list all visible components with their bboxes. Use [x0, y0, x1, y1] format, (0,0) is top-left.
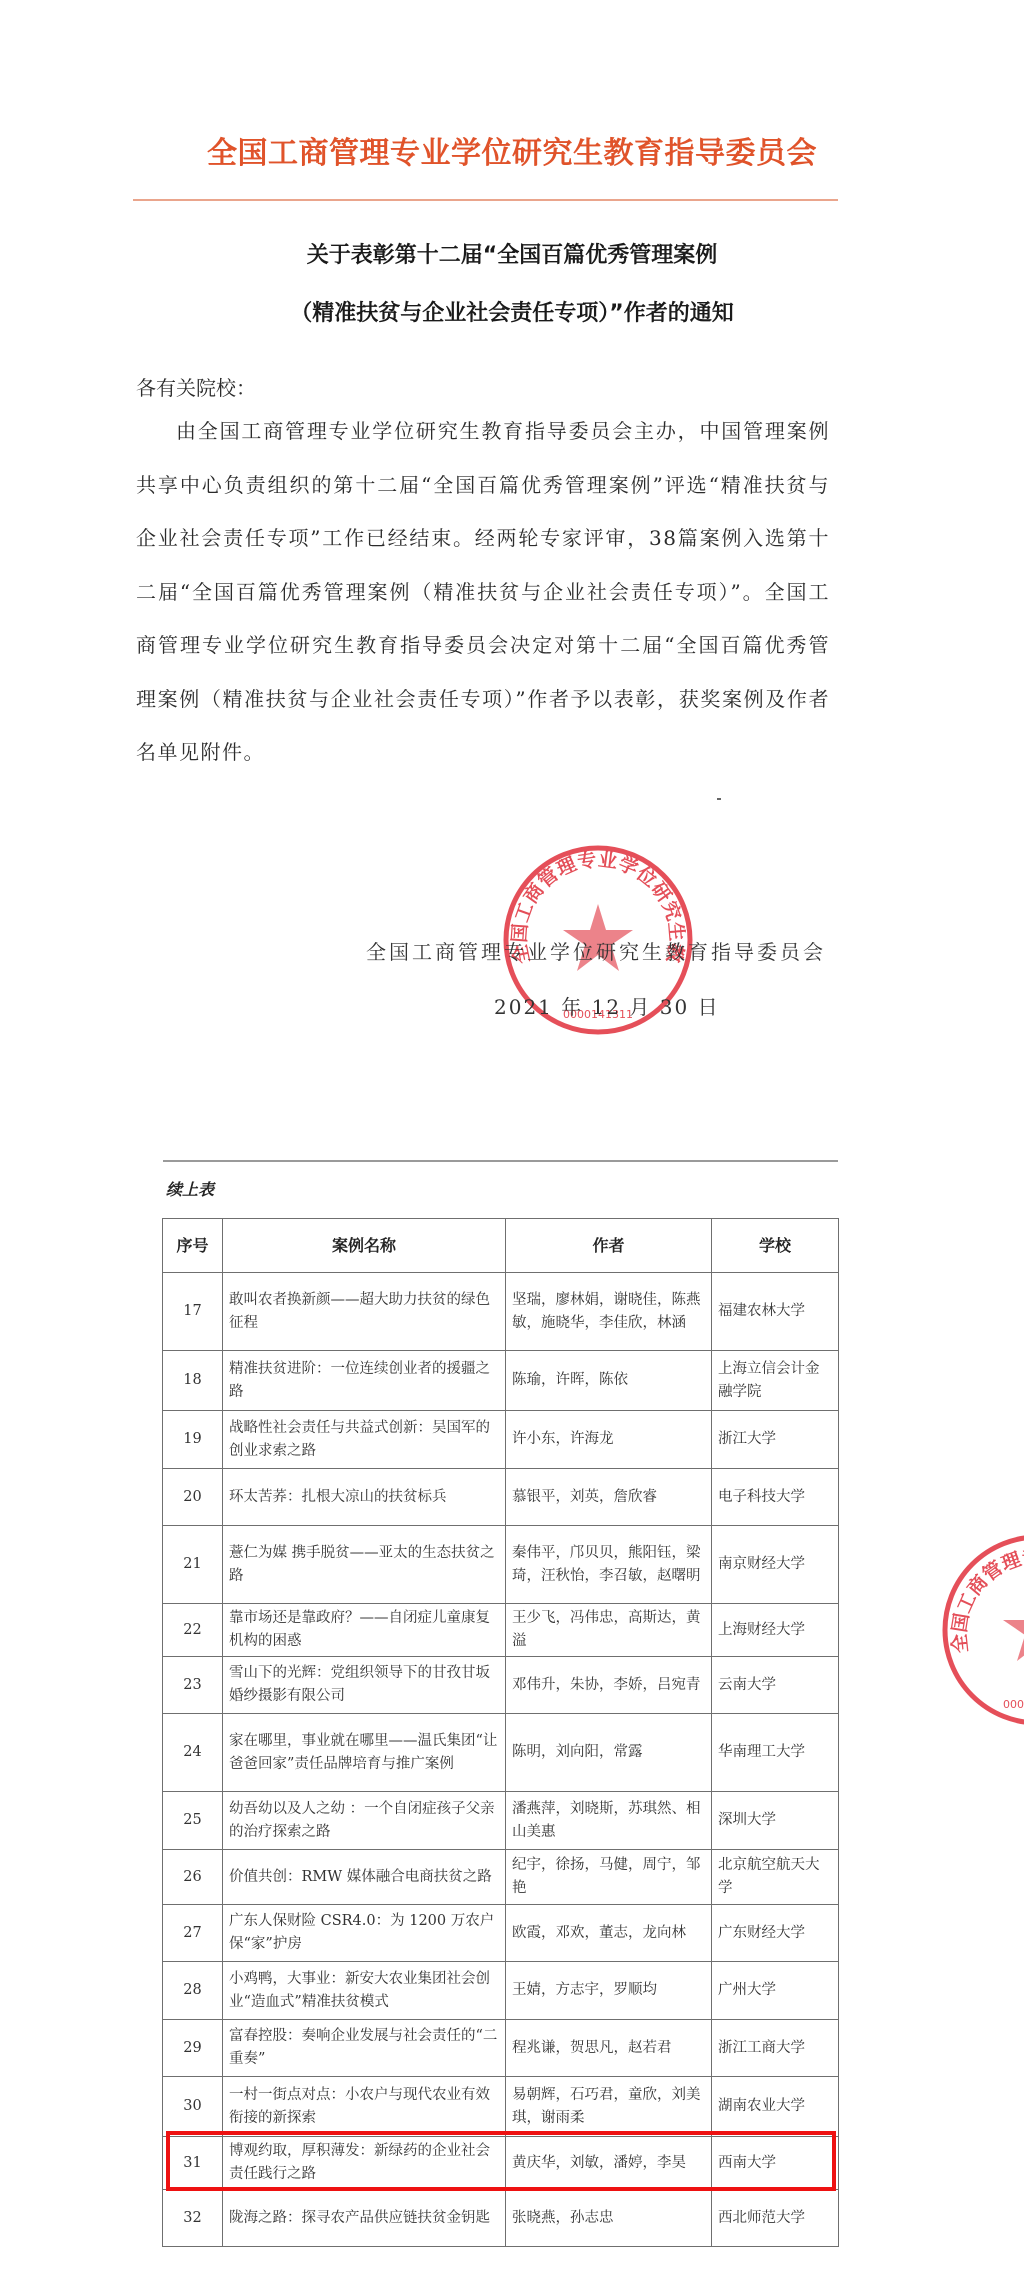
- row-number: 24: [163, 1714, 223, 1792]
- column-header-case-name: 案例名称: [223, 1219, 506, 1273]
- case-name: 环太苦荞：扎根大凉山的扶贫标兵: [223, 1469, 506, 1526]
- notice-title-line-2: （精准扶贫与企业社会责任专项）”作者的通知: [0, 296, 1024, 327]
- authors: 陈明，刘向阳，常露: [506, 1714, 712, 1792]
- case-name: 雪山下的光辉：党组织领导下的甘孜甘坂婚纱摄影有限公司: [223, 1657, 506, 1714]
- school: 西北师范大学: [712, 2190, 839, 2247]
- authors: 坚瑞，廖林娟，谢晓佳，陈燕敏，施晓华，李佳欣，林涵: [506, 1273, 712, 1351]
- table-row: 21 薏仁为媒 携手脱贫——亚太的生态扶贫之路 秦伟平，邝贝贝，熊阳钰，梁琦，汪…: [163, 1526, 839, 1604]
- case-name: 价值共创：RMW 媒体融合电商扶贫之路: [223, 1850, 506, 1905]
- case-name: 敢叫农者换新颜——超大助力扶贫的绿色征程: [223, 1273, 506, 1351]
- row-number: 27: [163, 1905, 223, 1962]
- row-number: 30: [163, 2077, 223, 2137]
- signature-date: 2021 年 12 月 30 日: [494, 991, 720, 1020]
- row-number: 21: [163, 1526, 223, 1604]
- letterhead-organization: 全国工商管理专业学位研究生教育指导委员会: [0, 128, 1024, 172]
- table-row: 19 战略性社会责任与共益式创新：吴国军的创业求索之路 许小东，许海龙 浙江大学: [163, 1411, 839, 1469]
- table-row: 18 精准扶贫进阶：一位连续创业者的援疆之路 陈瑜，许晖，陈依 上海立信会计金融…: [163, 1351, 839, 1411]
- table-row: 30 一村一街点对点：小农户与现代农业有效衔接的新探索 易朝辉，石巧君，童欣，刘…: [163, 2077, 839, 2137]
- school: 浙江大学: [712, 1411, 839, 1469]
- page-header-rule: [163, 1160, 838, 1162]
- authors: 秦伟平，邝贝贝，熊阳钰，梁琦，汪秋怡，李召敏，赵曙明: [506, 1526, 712, 1604]
- partial-seal-icon: 全国工商管理专业学位研究生教育指导委员会 0000141311: [938, 1530, 1024, 1730]
- case-name: 富春控股：奏响企业发展与社会责任的“二重奏”: [223, 2020, 506, 2077]
- row-number: 29: [163, 2020, 223, 2077]
- signature-organization: 全国工商管理专业学位研究生教育指导委员会: [366, 936, 826, 965]
- table-row: 25 幼吾幼以及人之幼 ：一个自闭症孩子父亲的治疗探索之路 潘燕萍，刘晓斯，苏琪…: [163, 1792, 839, 1850]
- row-number: 26: [163, 1850, 223, 1905]
- case-name: 一村一街点对点：小农户与现代农业有效衔接的新探索: [223, 2077, 506, 2137]
- notice-body: 由全国工商管理专业学位研究生教育指导委员会主办，中国管理案例共享中心负责组织的第…: [136, 405, 830, 780]
- award-table: 序号 案例名称 作者 学校 17 敢叫农者换新颜——超大助力扶贫的绿色征程 坚瑞…: [162, 1218, 839, 2247]
- authors: 张晓燕，孙志忠: [506, 2190, 712, 2247]
- notice-title-line-1: 关于表彰第十二届“全国百篇优秀管理案例: [0, 238, 1024, 269]
- column-header-number: 序号: [163, 1219, 223, 1273]
- authors: 陈瑜，许晖，陈依: [506, 1351, 712, 1411]
- svg-text:0000141311: 0000141311: [1003, 1698, 1024, 1711]
- case-name: 陇海之路：探寻农产品供应链扶贫金钥匙: [223, 2190, 506, 2247]
- table-row: 27 广东人保财险 CSR4.0：为 1200 万农户保“家”护房 欧霞，邓欢，…: [163, 1905, 839, 1962]
- table-row: 32 陇海之路：探寻农产品供应链扶贫金钥匙 张晓燕，孙志忠 西北师范大学: [163, 2190, 839, 2247]
- school: 湖南农业大学: [712, 2077, 839, 2137]
- authors: 纪宇，徐扬，马健，周宁，邹艳: [506, 1850, 712, 1905]
- school: 广州大学: [712, 1962, 839, 2020]
- table-header-row: 序号 案例名称 作者 学校: [163, 1219, 839, 1273]
- table-row: 28 小鸡鸭，大事业：新安大农业集团社会创业“造血式”精准扶贫模式 王婧，方志宇…: [163, 1962, 839, 2020]
- case-name: 薏仁为媒 携手脱贫——亚太的生态扶贫之路: [223, 1526, 506, 1604]
- row-number: 28: [163, 1962, 223, 2020]
- salutation: 各有关院校：: [136, 372, 256, 401]
- school: 上海财经大学: [712, 1604, 839, 1657]
- school: 华南理工大学: [712, 1714, 839, 1792]
- scan-speck: [717, 798, 721, 800]
- school: 上海立信会计金融学院: [712, 1351, 839, 1411]
- school: 电子科技大学: [712, 1469, 839, 1526]
- school: 福建农林大学: [712, 1273, 839, 1351]
- column-header-school: 学校: [712, 1219, 839, 1273]
- table-row: 23 雪山下的光辉：党组织领导下的甘孜甘坂婚纱摄影有限公司 邓伟升，朱协，李娇，…: [163, 1657, 839, 1714]
- case-name: 小鸡鸭，大事业：新安大农业集团社会创业“造血式”精准扶贫模式: [223, 1962, 506, 2020]
- letterhead-divider: [133, 199, 838, 201]
- table-row: 29 富春控股：奏响企业发展与社会责任的“二重奏” 程兆谦，贺思凡，赵若君 浙江…: [163, 2020, 839, 2077]
- row-number: 20: [163, 1469, 223, 1526]
- row-number: 17: [163, 1273, 223, 1351]
- school: 广东财经大学: [712, 1905, 839, 1962]
- authors: 许小东，许海龙: [506, 1411, 712, 1469]
- row-number: 19: [163, 1411, 223, 1469]
- table-row: 26 价值共创：RMW 媒体融合电商扶贫之路 纪宇，徐扬，马健，周宁，邹艳 北京…: [163, 1850, 839, 1905]
- continued-table-label: 续上表: [166, 1177, 214, 1200]
- authors: 王婧，方志宇，罗顺均: [506, 1962, 712, 2020]
- row-number: 32: [163, 2190, 223, 2247]
- table-row: 17 敢叫农者换新颜——超大助力扶贫的绿色征程 坚瑞，廖林娟，谢晓佳，陈燕敏，施…: [163, 1273, 839, 1351]
- authors: 潘燕萍，刘晓斯，苏琪然、相山美惠: [506, 1792, 712, 1850]
- authors: 易朝辉，石巧君，童欣，刘美琪，谢雨柔: [506, 2077, 712, 2137]
- authors: 慕银平，刘英，詹欣睿: [506, 1469, 712, 1526]
- row-31-highlight-box: [166, 2131, 836, 2191]
- case-name: 精准扶贫进阶：一位连续创业者的援疆之路: [223, 1351, 506, 1411]
- school: 北京航空航天大学: [712, 1850, 839, 1905]
- row-number: 18: [163, 1351, 223, 1411]
- school: 浙江工商大学: [712, 2020, 839, 2077]
- school: 云南大学: [712, 1657, 839, 1714]
- table-row: 22 靠市场还是靠政府？——自闭症儿童康复机构的困惑 王少飞，冯伟忠，高斯达，黄…: [163, 1604, 839, 1657]
- authors: 程兆谦，贺思凡，赵若君: [506, 2020, 712, 2077]
- case-name: 广东人保财险 CSR4.0：为 1200 万农户保“家”护房: [223, 1905, 506, 1962]
- school: 深圳大学: [712, 1792, 839, 1850]
- table-row: 20 环太苦荞：扎根大凉山的扶贫标兵 慕银平，刘英，詹欣睿 电子科技大学: [163, 1469, 839, 1526]
- column-header-authors: 作者: [506, 1219, 712, 1273]
- case-name: 幼吾幼以及人之幼 ：一个自闭症孩子父亲的治疗探索之路: [223, 1792, 506, 1850]
- case-name: 家在哪里，事业就在哪里——温氏集团“让爸爸回家”责任品牌培育与推广案例: [223, 1714, 506, 1792]
- school: 南京财经大学: [712, 1526, 839, 1604]
- authors: 欧霞，邓欢，董志，龙向林: [506, 1905, 712, 1962]
- row-number: 22: [163, 1604, 223, 1657]
- row-number: 23: [163, 1657, 223, 1714]
- case-name: 靠市场还是靠政府？——自闭症儿童康复机构的困惑: [223, 1604, 506, 1657]
- authors: 邓伟升，朱协，李娇，吕宛青: [506, 1657, 712, 1714]
- row-number: 25: [163, 1792, 223, 1850]
- authors: 王少飞，冯伟忠，高斯达，黄溢: [506, 1604, 712, 1657]
- table-row: 24 家在哪里，事业就在哪里——温氏集团“让爸爸回家”责任品牌培育与推广案例 陈…: [163, 1714, 839, 1792]
- case-name: 战略性社会责任与共益式创新：吴国军的创业求索之路: [223, 1411, 506, 1469]
